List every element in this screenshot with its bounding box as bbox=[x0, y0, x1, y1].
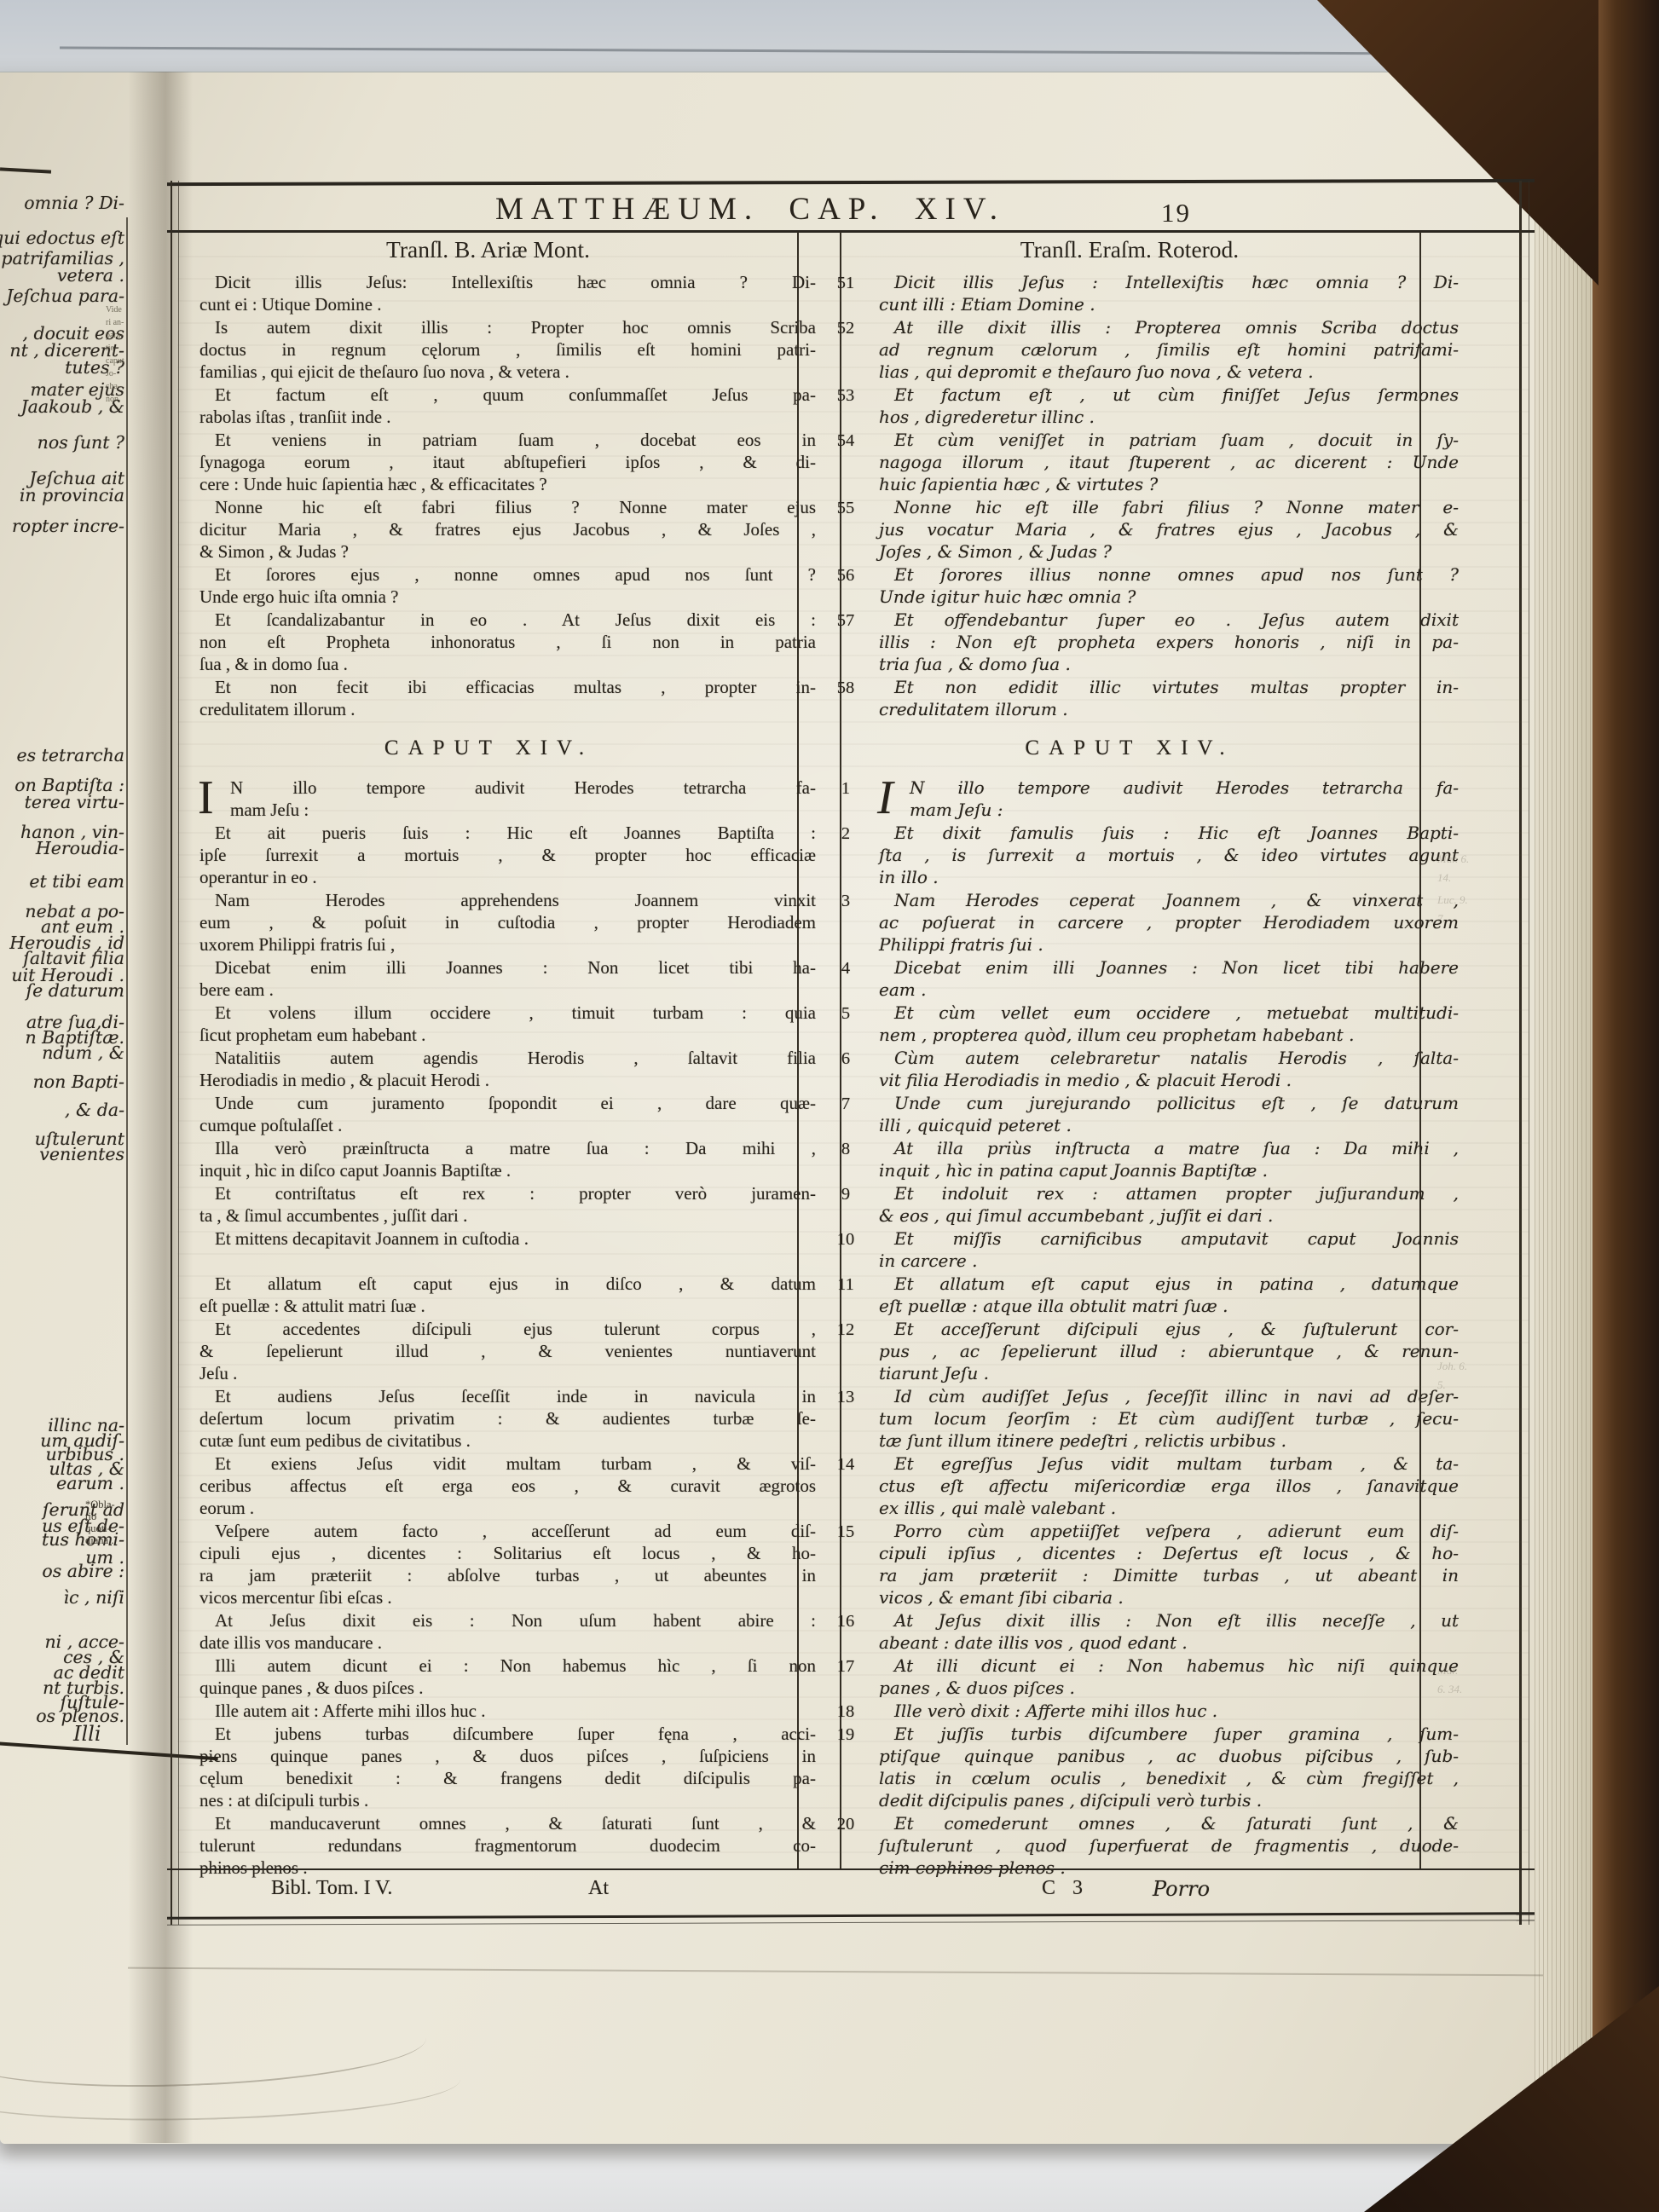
decorative-rule bbox=[167, 1868, 1535, 1870]
verse-text-right: At illi dicunt ei : Non habemus hìc niſi… bbox=[867, 1655, 1471, 1699]
verse-number: 53 bbox=[824, 384, 867, 406]
text-line: hos , digrederetur illinc . bbox=[879, 406, 1459, 428]
text-line: Et ait pueris ſuis : Hic eſt Joannes Bap… bbox=[199, 822, 816, 844]
verse-number: 52 bbox=[824, 316, 867, 338]
text-line: pus , ac ſepelierunt illud : abieruntque… bbox=[879, 1340, 1459, 1362]
text-line: tæ ſunt illum itinere pedeſtri , relicti… bbox=[879, 1429, 1459, 1452]
marginal-reference-fragment: Joh. 6. bbox=[1437, 1360, 1467, 1372]
text-line: inquit , hìc in diſco caput Joannis Bapt… bbox=[199, 1159, 816, 1181]
text-line: Nam Herodes apprehendens Joannem vinxit bbox=[199, 889, 816, 911]
text-line: bere eam . bbox=[199, 979, 816, 1001]
text-line: Et acceſſerunt diſcipuli ejus , & ſuſtul… bbox=[879, 1318, 1459, 1340]
verse-text-left: Illa verò præinſtructa a matre ſua : Da … bbox=[181, 1137, 824, 1181]
verse-text-right: Et non edidit illic virtutes multas prop… bbox=[867, 676, 1471, 720]
verse-number: 57 bbox=[824, 609, 867, 631]
verse-row: Et contriſtatus eſt rex : propter verò j… bbox=[181, 1182, 1419, 1227]
verse-text-right: Dicebat enim illi Joannes : Non licet ti… bbox=[867, 956, 1471, 1001]
verse-row: Natalitiis autem agendis Herodis , ſalta… bbox=[181, 1047, 1419, 1092]
verse-number: 7 bbox=[824, 1092, 867, 1114]
verse-number: 13 bbox=[824, 1385, 867, 1407]
text-line: tum locum ſeorſim : Et cùm audiſſent tur… bbox=[879, 1407, 1459, 1429]
marginal-reference-fragment: Luc. 9. bbox=[1437, 893, 1468, 906]
text-line: Porro cùm appetiiſſet veſpera , adierunt… bbox=[879, 1520, 1459, 1542]
text-line: At Jeſus dixit eis : Non uſum habent abi… bbox=[199, 1609, 816, 1632]
caput-heading: CAPUT XIV. bbox=[840, 721, 1419, 776]
verse-text-left: Et ſorores ejus , nonne omnes apud nos ſ… bbox=[181, 563, 824, 608]
text-line: Dicit illis Jeſus: Intellexiſtis hæc omn… bbox=[199, 271, 816, 293]
text-line: N illo tempore audivit Herodes tetrarcha… bbox=[199, 777, 816, 799]
verse-text-right: Ille verò dixit : Afferte mihi illos huc… bbox=[867, 1700, 1471, 1722]
verse-row: Nonne hic eſt fabri filius ? Nonne mater… bbox=[181, 496, 1419, 563]
verse-row: Et mittens decapitavit Joannem in cuſtod… bbox=[181, 1227, 1419, 1273]
verse-text-right: At illa priùs inſtructa a matre ſua : Da… bbox=[867, 1137, 1471, 1181]
text-line: ſicut prophetam eum habebant . bbox=[199, 1024, 816, 1046]
verse-text-right: Et cùm veniſſet in patriam ſuam , docuit… bbox=[867, 429, 1471, 495]
verse-text-left: Et volens illum occidere , timuit turbam… bbox=[181, 1002, 824, 1046]
text-line: Et miſſis carnificibus amputavit caput J… bbox=[879, 1227, 1459, 1250]
text-line: rabolas iſtas , tranſiit inde . bbox=[199, 406, 816, 428]
text-line: illi , quicquid peteret . bbox=[879, 1114, 1459, 1136]
text-line: jus vocatur Maria , & fratres ejus , Jac… bbox=[879, 518, 1459, 540]
marginal-reference-fragment: 5. bbox=[1437, 1378, 1446, 1391]
text-line: ſua , & in domo ſua . bbox=[199, 653, 816, 675]
text-line: Et contriſtatus eſt rex : propter verò j… bbox=[199, 1182, 816, 1204]
text-line: abeant : date illis vos , quod edant . bbox=[879, 1632, 1459, 1654]
verse-number: 1 bbox=[824, 777, 867, 799]
text-line: Natalitiis autem agendis Herodis , ſalta… bbox=[199, 1047, 816, 1069]
text-line: cipuli ipſius , dicentes : Deſertus eſt … bbox=[879, 1542, 1459, 1564]
text-line: date illis vos manducare . bbox=[199, 1632, 816, 1654]
text-line: ad regnum cælorum , ſimilis eſt homini p… bbox=[879, 338, 1459, 361]
text-line: familias , qui ejicit de theſauro ſuo no… bbox=[199, 361, 816, 383]
verse-row: Nam Herodes apprehendens Joannem vinxite… bbox=[181, 889, 1419, 956]
text-line: N illo tempore audivit Herodes tetrarcha… bbox=[879, 777, 1459, 799]
text-line: At ille dixit illis : Propterea omnis Sc… bbox=[879, 316, 1459, 338]
catchword-right: Porro bbox=[1153, 1877, 1210, 1901]
verse-text-right: Et cùm vellet eum occidere , metuebat mu… bbox=[867, 1002, 1471, 1046]
text-line: ra jam præteriit : Dimitte turbas , ut a… bbox=[879, 1564, 1459, 1586]
text-line: tria ſua , & domo ſua . bbox=[879, 653, 1459, 675]
verse-number: 11 bbox=[824, 1273, 867, 1295]
text-line: Et allatum eſt caput ejus in diſco , & d… bbox=[199, 1273, 816, 1295]
text-line: cęlum benedixit : & frangens dedit diſci… bbox=[199, 1767, 816, 1789]
caput-heading-row: CAPUT XIV.CAPUT XIV. bbox=[181, 721, 1419, 777]
verse-row: Is autem dixit illis : Propter hoc omnis… bbox=[181, 316, 1419, 384]
verse-text-left: IN illo tempore audivit Herodes tetrarch… bbox=[181, 777, 824, 821]
text-line: mam Jeſu : bbox=[879, 799, 1459, 821]
verse-text-left: Et exiens Jeſus vidit multam turbam , & … bbox=[181, 1453, 824, 1519]
verse-text-left: Et ſcandalizabantur in eo . At Jeſus dix… bbox=[181, 609, 824, 675]
text-line: operantur in eo . bbox=[199, 866, 816, 888]
signature-mark: C 3 bbox=[1042, 1877, 1089, 1900]
text-line: ra jam præteriit : abſolve turbas , ut a… bbox=[199, 1564, 816, 1586]
text-line: Et jubens turbas diſcumbere ſuper fęna ,… bbox=[199, 1723, 816, 1745]
verse-text-right: Et allatum eſt caput ejus in patina , da… bbox=[867, 1273, 1471, 1317]
text-line: Et audiens Jeſus ſeceſſit inde in navicu… bbox=[199, 1385, 816, 1407]
text-line: Et comederunt omnes , & ſaturati ſunt , … bbox=[879, 1812, 1459, 1834]
page-number: 19 bbox=[1161, 198, 1191, 228]
verse-text-right: At ille dixit illis : Propterea omnis Sc… bbox=[867, 316, 1471, 383]
text-line: Joſes , & Simon , & Judas ? bbox=[879, 540, 1459, 563]
verse-text-left: Et accedentes diſcipuli ejus tulerunt co… bbox=[181, 1318, 824, 1384]
text-line: eorum . bbox=[199, 1497, 816, 1519]
verse-text-left: Et jubens turbas diſcumbere ſuper fęna ,… bbox=[181, 1723, 824, 1811]
text-line: Unde igitur huic hæc omnia ? bbox=[879, 586, 1459, 608]
verse-text-left: Nonne hic eſt fabri filius ? Nonne mater… bbox=[181, 496, 824, 563]
verse-number: 14 bbox=[824, 1453, 867, 1475]
verse-text-left: Veſpere autem facto , acceſſerunt ad eum… bbox=[181, 1520, 824, 1608]
verse-text-right: Id cùm audiſſet Jeſus , ſeceſſit illinc … bbox=[867, 1385, 1471, 1452]
text-line: non eſt Propheta inhonoratus , ſi non in… bbox=[199, 631, 816, 653]
verse-row: Et volens illum occidere , timuit turbam… bbox=[181, 1002, 1419, 1047]
caput-heading: CAPUT XIV. bbox=[181, 721, 797, 776]
text-line: quinque panes , & duos piſces . bbox=[199, 1677, 816, 1699]
verse-number: 10 bbox=[824, 1227, 867, 1250]
verse-number: 56 bbox=[824, 563, 867, 586]
text-line: cim cophinos plenos . bbox=[879, 1857, 1459, 1879]
text-line: & eos , qui ſimul accumbebant , juſſit e… bbox=[879, 1204, 1459, 1227]
text-line: nem , propterea quòd, illum ceu propheta… bbox=[879, 1024, 1459, 1046]
text-line: Et ſorores illius nonne omnes apud nos ſ… bbox=[879, 563, 1459, 586]
verse-row: IN illo tempore audivit Herodes tetrarch… bbox=[181, 777, 1419, 822]
frame-rule-left bbox=[171, 181, 172, 1925]
text-line: cutæ ſunt eum pedibus de civitatibus . bbox=[199, 1429, 816, 1452]
text-line: doctus in regnum cęlorum , ſimilis eſt h… bbox=[199, 338, 816, 361]
verse-number: 12 bbox=[824, 1318, 867, 1340]
text-line: Is autem dixit illis : Propter hoc omnis… bbox=[199, 316, 816, 338]
marginal-reference-fragment: Mar. 6. bbox=[1437, 852, 1469, 865]
verse-text-right: Unde cum jurejurando pollicitus eſt , ſe… bbox=[867, 1092, 1471, 1136]
marginal-reference-fragment: 6. 34. bbox=[1437, 1683, 1462, 1695]
verse-row: Et audiens Jeſus ſeceſſit inde in navicu… bbox=[181, 1385, 1419, 1453]
text-line: nes : at diſcipuli turbis . bbox=[199, 1789, 816, 1811]
verse-number: 15 bbox=[824, 1520, 867, 1542]
text-line: in illo . bbox=[879, 866, 1459, 888]
verse-text-right: Et egreſſus Jeſus vidit multam turbam , … bbox=[867, 1453, 1471, 1519]
marginal-reference-fragment: 14. bbox=[1437, 871, 1451, 884]
verse-text-right: Cùm autem celebraretur natalis Herodis ,… bbox=[867, 1047, 1471, 1091]
text-line: Dicebat enim illi Joannes : Non licet ti… bbox=[879, 956, 1459, 979]
text-line: Et indoluit rex : attamen propter juſjur… bbox=[879, 1182, 1459, 1204]
drop-cap-initial: I bbox=[877, 777, 893, 819]
text-line: Et juſſis turbis diſcumbere ſuper gramin… bbox=[879, 1723, 1459, 1745]
text-line: Illi autem dicunt ei : Non habemus hìc ,… bbox=[199, 1655, 816, 1677]
text-line: dedit diſcipulis panes , diſcipuli verò … bbox=[879, 1789, 1459, 1811]
verse-number: 9 bbox=[824, 1182, 867, 1204]
catchword-left: At bbox=[588, 1877, 609, 1900]
verse-row: Et factum eſt , quum conſummaſſet Jeſus … bbox=[181, 384, 1419, 429]
verse-text-right: Dicit illis Jeſus : Intellexiſtis hæc om… bbox=[867, 271, 1471, 315]
text-line: & Simon , & Judas ? bbox=[199, 540, 816, 563]
verse-number: 58 bbox=[824, 676, 867, 698]
text-line: Herodiadis in medio , & placuit Herodi . bbox=[199, 1069, 816, 1091]
verse-number: 2 bbox=[824, 822, 867, 844]
verse-row: Illi autem dicunt ei : Non habemus hìc ,… bbox=[181, 1655, 1419, 1700]
text-line: Et dixit famulis ſuis : Hic eſt Joannes … bbox=[879, 822, 1459, 844]
text-line: At illi dicunt ei : Non habemus hìc niſi… bbox=[879, 1655, 1459, 1677]
text-line: Et factum eſt , ut cùm finiſſet Jeſus ſe… bbox=[879, 384, 1459, 406]
verse-row: Dicebat enim illi Joannes : Non licet ti… bbox=[181, 956, 1419, 1002]
marginal-reference-fragment: Mar. bbox=[1437, 1664, 1458, 1677]
parallel-text-grid: Dicit illis Jeſus: Intellexiſtis hæc omn… bbox=[181, 271, 1419, 1880]
verse-text-right: Nonne hic eſt ille fabri filius ? Nonne … bbox=[867, 496, 1471, 563]
verse-row: Et ſcandalizabantur in eo . At Jeſus dix… bbox=[181, 609, 1419, 676]
verse-text-right: Et ſorores illius nonne omnes apud nos ſ… bbox=[867, 563, 1471, 608]
drop-cap-initial: I bbox=[198, 777, 214, 819]
text-line: & ſepelierunt illud , & venientes nuntia… bbox=[199, 1340, 816, 1362]
text-line: Et mittens decapitavit Joannem in cuſtod… bbox=[199, 1227, 816, 1250]
verse-text-right: Et factum eſt , ut cùm finiſſet Jeſus ſe… bbox=[867, 384, 1471, 428]
text-line: Cùm autem celebraretur natalis Herodis ,… bbox=[879, 1047, 1459, 1069]
text-line: lias , qui depromit e theſauro ſuo nova … bbox=[879, 361, 1459, 383]
text-line: Unde ergo huic iſta omnia ? bbox=[199, 586, 816, 608]
text-line: vit filia Herodiadis in medio , & placui… bbox=[879, 1069, 1459, 1091]
verse-number: 8 bbox=[824, 1137, 867, 1159]
verse-number: 5 bbox=[824, 1002, 867, 1024]
text-line: eſt puellæ : & attulit matri ſuæ . bbox=[199, 1295, 816, 1317]
verse-number: 55 bbox=[824, 496, 867, 518]
text-line: vicos mercentur ſibi eſcas . bbox=[199, 1586, 816, 1608]
verse-text-left: Et factum eſt , quum conſummaſſet Jeſus … bbox=[181, 384, 824, 428]
text-line: Et exiens Jeſus vidit multam turbam , & … bbox=[199, 1453, 816, 1475]
text-line: in carcere . bbox=[879, 1250, 1459, 1272]
verse-row: Et accedentes diſcipuli ejus tulerunt co… bbox=[181, 1318, 1419, 1385]
text-line: mam Jeſu : bbox=[199, 799, 816, 821]
text-line: tiarunt Jeſu . bbox=[879, 1362, 1459, 1384]
running-head-title: MATTHÆUM. CAP. XIV. bbox=[460, 191, 1040, 228]
text-line: ſynagoga eorum , itaut abſtupefieri ipſo… bbox=[199, 451, 816, 473]
verse-row: Et exiens Jeſus vidit multam turbam , & … bbox=[181, 1453, 1419, 1520]
verse-row: Et jubens turbas diſcumbere ſuper fęna ,… bbox=[181, 1723, 1419, 1812]
text-line: Et allatum eſt caput ejus in patina , da… bbox=[879, 1273, 1459, 1295]
text-line: piens quinque panes , & duos piſces , ſu… bbox=[199, 1745, 816, 1767]
verse-text-right: Et miſſis carnificibus amputavit caput J… bbox=[867, 1227, 1471, 1272]
verse-number: 54 bbox=[824, 429, 867, 451]
verse-text-right: At Jeſus dixit illis : Non eſt illis nec… bbox=[867, 1609, 1471, 1654]
verse-number: 51 bbox=[824, 271, 867, 293]
verse-text-left: Et mittens decapitavit Joannem in cuſtod… bbox=[181, 1227, 824, 1272]
text-line: Et egreſſus Jeſus vidit multam turbam , … bbox=[879, 1453, 1459, 1475]
verse-number: 16 bbox=[824, 1609, 867, 1632]
text-line: At illa priùs inſtructa a matre ſua : Da… bbox=[879, 1137, 1459, 1159]
verse-text-right: Et acceſſerunt diſcipuli ejus , & ſuſtul… bbox=[867, 1318, 1471, 1384]
verse-text-left: Dicebat enim illi Joannes : Non licet ti… bbox=[181, 956, 824, 1001]
text-line: Philippi fratris ſui . bbox=[879, 933, 1459, 956]
verse-text-left: Illi autem dicunt ei : Non habemus hìc ,… bbox=[181, 1655, 824, 1699]
text-line: Nam Herodes ceperat Joannem , & vinxerat… bbox=[879, 889, 1459, 911]
text-line: uxorem Philippi fratris ſui , bbox=[199, 933, 816, 956]
text-line: Dicit illis Jeſus : Intellexiſtis hæc om… bbox=[879, 271, 1459, 293]
verse-text-right: Et juſſis turbis diſcumbere ſuper gramin… bbox=[867, 1723, 1471, 1811]
text-line: Et accedentes diſcipuli ejus tulerunt co… bbox=[199, 1318, 816, 1340]
marginal-reference-fragment: 7. bbox=[1437, 912, 1446, 925]
book-page: MATTHÆUM. CAP. XIV. 19 Tranſl. B. Ariæ M… bbox=[0, 0, 1659, 2212]
verse-text-left: Unde cum juramento ſpopondit ei , dare q… bbox=[181, 1092, 824, 1136]
text-line: Et volens illum occidere , timuit turbam… bbox=[199, 1002, 816, 1024]
text-line: vicos , & emant ſibi cibaria . bbox=[879, 1586, 1459, 1608]
verse-row: Et allatum eſt caput ejus in diſco , & d… bbox=[181, 1273, 1419, 1318]
text-line: Nonne hic eſt ille fabri filius ? Nonne … bbox=[879, 496, 1459, 518]
verse-text-left: Natalitiis autem agendis Herodis , ſalta… bbox=[181, 1047, 824, 1091]
text-line: cunt illi : Etiam Domine . bbox=[879, 293, 1459, 315]
verse-text-left: Dicit illis Jeſus: Intellexiſtis hæc omn… bbox=[181, 271, 824, 315]
text-line: ta , & ſimul accumbentes , juſſit dari . bbox=[199, 1204, 816, 1227]
text-line: Unde cum juramento ſpopondit ei , dare q… bbox=[199, 1092, 816, 1114]
verse-row: Et non fecit ibi efficacias multas , pro… bbox=[181, 676, 1419, 721]
verse-text-left: Et audiens Jeſus ſeceſſit inde in navicu… bbox=[181, 1385, 824, 1452]
text-line: latis in cœlum oculis , benedixit , & cù… bbox=[879, 1767, 1459, 1789]
text-line: Et cùm veniſſet in patriam ſuam , docuit… bbox=[879, 429, 1459, 451]
text-line: cere : Unde huic ſapientia hæc , & effic… bbox=[199, 473, 816, 495]
text-line: Et factum eſt , quum conſummaſſet Jeſus … bbox=[199, 384, 816, 406]
verse-text-right: Nam Herodes ceperat Joannem , & vinxerat… bbox=[867, 889, 1471, 956]
verse-row: Dicit illis Jeſus: Intellexiſtis hæc omn… bbox=[181, 271, 1419, 316]
text-line: illis : Non eſt propheta expers honoris … bbox=[879, 631, 1459, 653]
verse-text-right: Et dixit famulis ſuis : Hic eſt Joannes … bbox=[867, 822, 1471, 888]
decorative-rule bbox=[167, 1912, 1535, 1920]
text-line: Id cùm audiſſet Jeſus , ſeceſſit illinc … bbox=[879, 1385, 1459, 1407]
text-line: Illa verò præinſtructa a matre ſua : Da … bbox=[199, 1137, 816, 1159]
text-line: credulitatem illorum . bbox=[199, 698, 816, 720]
text-line: nagoga illorum , itaut ſtuperent , ac di… bbox=[879, 451, 1459, 473]
verse-text-left: Nam Herodes apprehendens Joannem vinxite… bbox=[181, 889, 824, 956]
verse-row: Et ait pueris ſuis : Hic eſt Joannes Bap… bbox=[181, 822, 1419, 889]
verse-row: Ille autem ait : Afferte mihi illos huc … bbox=[181, 1700, 1419, 1723]
verse-text-right: Porro cùm appetiiſſet veſpera , adierunt… bbox=[867, 1520, 1471, 1608]
text-line: Veſpere autem facto , acceſſerunt ad eum… bbox=[199, 1520, 816, 1542]
text-line: eam . bbox=[879, 979, 1459, 1001]
text-line: Et veniens in patriam ſuam , docebat eos… bbox=[199, 429, 816, 451]
verse-row: Et veniens in patriam ſuam , docebat eos… bbox=[181, 429, 1419, 496]
text-line: At Jeſus dixit illis : Non eſt illis nec… bbox=[879, 1609, 1459, 1632]
text-line: ptiſque quinque panibus , ac duobus piſc… bbox=[879, 1745, 1459, 1767]
text-line: credulitatem illorum . bbox=[879, 698, 1459, 720]
text-line: phinos plenos . bbox=[199, 1857, 816, 1879]
verse-text-right: Et offendebantur ſuper eo . Jeſus autem … bbox=[867, 609, 1471, 675]
verse-row: Veſpere autem facto , acceſſerunt ad eum… bbox=[181, 1520, 1419, 1609]
text-line: Et manducaverunt omnes , & ſaturati ſunt… bbox=[199, 1812, 816, 1834]
text-line: deſertum locum privatim : & audientes tu… bbox=[199, 1407, 816, 1429]
text-line: Dicebat enim illi Joannes : Non licet ti… bbox=[199, 956, 816, 979]
text-line: ceribus affectus eſt erga eos , & curavi… bbox=[199, 1475, 816, 1497]
text-line: Et non fecit ibi efficacias multas , pro… bbox=[199, 676, 816, 698]
verse-number: 3 bbox=[824, 889, 867, 911]
verse-text-left: At Jeſus dixit eis : Non uſum habent abi… bbox=[181, 1609, 824, 1654]
text-line: tulerunt redundans fragmentorum duodecim… bbox=[199, 1834, 816, 1857]
verse-text-left: Ille autem ait : Afferte mihi illos huc … bbox=[181, 1700, 824, 1722]
text-line: ctus eſt affectu miſericordiæ erga illos… bbox=[879, 1475, 1459, 1497]
verse-text-left: Et allatum eſt caput ejus in diſco , & d… bbox=[181, 1273, 824, 1317]
text-line: Et cùm vellet eum occidere , metuebat mu… bbox=[879, 1002, 1459, 1024]
text-line: Et non edidit illic virtutes multas prop… bbox=[879, 676, 1459, 698]
decorative-rule bbox=[167, 1920, 1535, 1926]
decorative-rule bbox=[167, 230, 1535, 233]
text-line: Et ſcandalizabantur in eo . At Jeſus dix… bbox=[199, 609, 816, 631]
verse-text-left: Et ait pueris ſuis : Hic eſt Joannes Bap… bbox=[181, 822, 824, 888]
decorative-rule bbox=[167, 179, 1535, 186]
text-line: ſta , is ſurrexit a mortuis , & ideo vir… bbox=[879, 844, 1459, 866]
photo-of-open-book: Illi omnia ? Di-qui edoctus eſtpatrifami… bbox=[0, 0, 1659, 2212]
text-line: eſt puellæ : atque illa obtulit matri ſu… bbox=[879, 1295, 1459, 1317]
verse-text-right: Et indoluit rex : attamen propter juſjur… bbox=[867, 1182, 1471, 1227]
verse-number: 17 bbox=[824, 1655, 867, 1677]
verse-row: Et ſorores ejus , nonne omnes apud nos ſ… bbox=[181, 563, 1419, 609]
text-line: Jeſu . bbox=[199, 1362, 816, 1384]
verse-number: 20 bbox=[824, 1812, 867, 1834]
verse-number: 6 bbox=[824, 1047, 867, 1069]
verse-number: 18 bbox=[824, 1700, 867, 1722]
verse-number: 19 bbox=[824, 1723, 867, 1745]
text-line: ac poſuerat in carcere , propter Herodia… bbox=[879, 911, 1459, 933]
text-line: Nonne hic eſt fabri filius ? Nonne mater… bbox=[199, 496, 816, 518]
verse-text-left: Is autem dixit illis : Propter hoc omnis… bbox=[181, 316, 824, 383]
text-line: inquit , hìc in patina caput Joannis Bap… bbox=[879, 1159, 1459, 1181]
text-line: ipſe ſurrexit a mortuis , & propter hoc … bbox=[199, 844, 816, 866]
verse-text-right: IN illo tempore audivit Herodes tetrarch… bbox=[867, 777, 1471, 821]
text-line: Ille autem ait : Afferte mihi illos huc … bbox=[199, 1700, 816, 1722]
text-line: Unde cum jurejurando pollicitus eſt , ſe… bbox=[879, 1092, 1459, 1114]
verse-number: 4 bbox=[824, 956, 867, 979]
verse-text-left: Et contriſtatus eſt rex : propter verò j… bbox=[181, 1182, 824, 1227]
footer-volume-label: Bibl. Tom. I V. bbox=[271, 1877, 392, 1900]
verse-row: At Jeſus dixit eis : Non uſum habent abi… bbox=[181, 1609, 1419, 1655]
text-line: Et ſorores ejus , nonne omnes apud nos ſ… bbox=[199, 563, 816, 586]
text-line: dicitur Maria , & fratres ejus Jacobus ,… bbox=[199, 518, 816, 540]
text-line: Ille verò dixit : Afferte mihi illos huc… bbox=[879, 1700, 1459, 1722]
text-line: cunt ei : Utique Domine . bbox=[199, 293, 816, 315]
text-line: cipuli ejus , dicentes : Solitarius eſt … bbox=[199, 1542, 816, 1564]
verse-row: Illa verò præinſtructa a matre ſua : Da … bbox=[181, 1137, 1419, 1182]
verse-text-left: Et veniens in patriam ſuam , docebat eos… bbox=[181, 429, 824, 495]
text-line: panes , & duos piſces . bbox=[879, 1677, 1459, 1699]
text-line: eum , & poſuit in cuſtodia , propter Her… bbox=[199, 911, 816, 933]
text-line: cumque poſtulaſſet . bbox=[199, 1114, 816, 1136]
text-line: ex illis , qui malè valebant . bbox=[879, 1497, 1459, 1519]
text-line: Et offendebantur ſuper eo . Jeſus autem … bbox=[879, 609, 1459, 631]
text-line: ſuſtulerunt , quod ſuperfuerat de fragme… bbox=[879, 1834, 1459, 1857]
text-line: huic ſapientia hæc , & virtutes ? bbox=[879, 473, 1459, 495]
verse-row: Unde cum juramento ſpopondit ei , dare q… bbox=[181, 1092, 1419, 1137]
verse-text-left: Et non fecit ibi efficacias multas , pro… bbox=[181, 676, 824, 720]
